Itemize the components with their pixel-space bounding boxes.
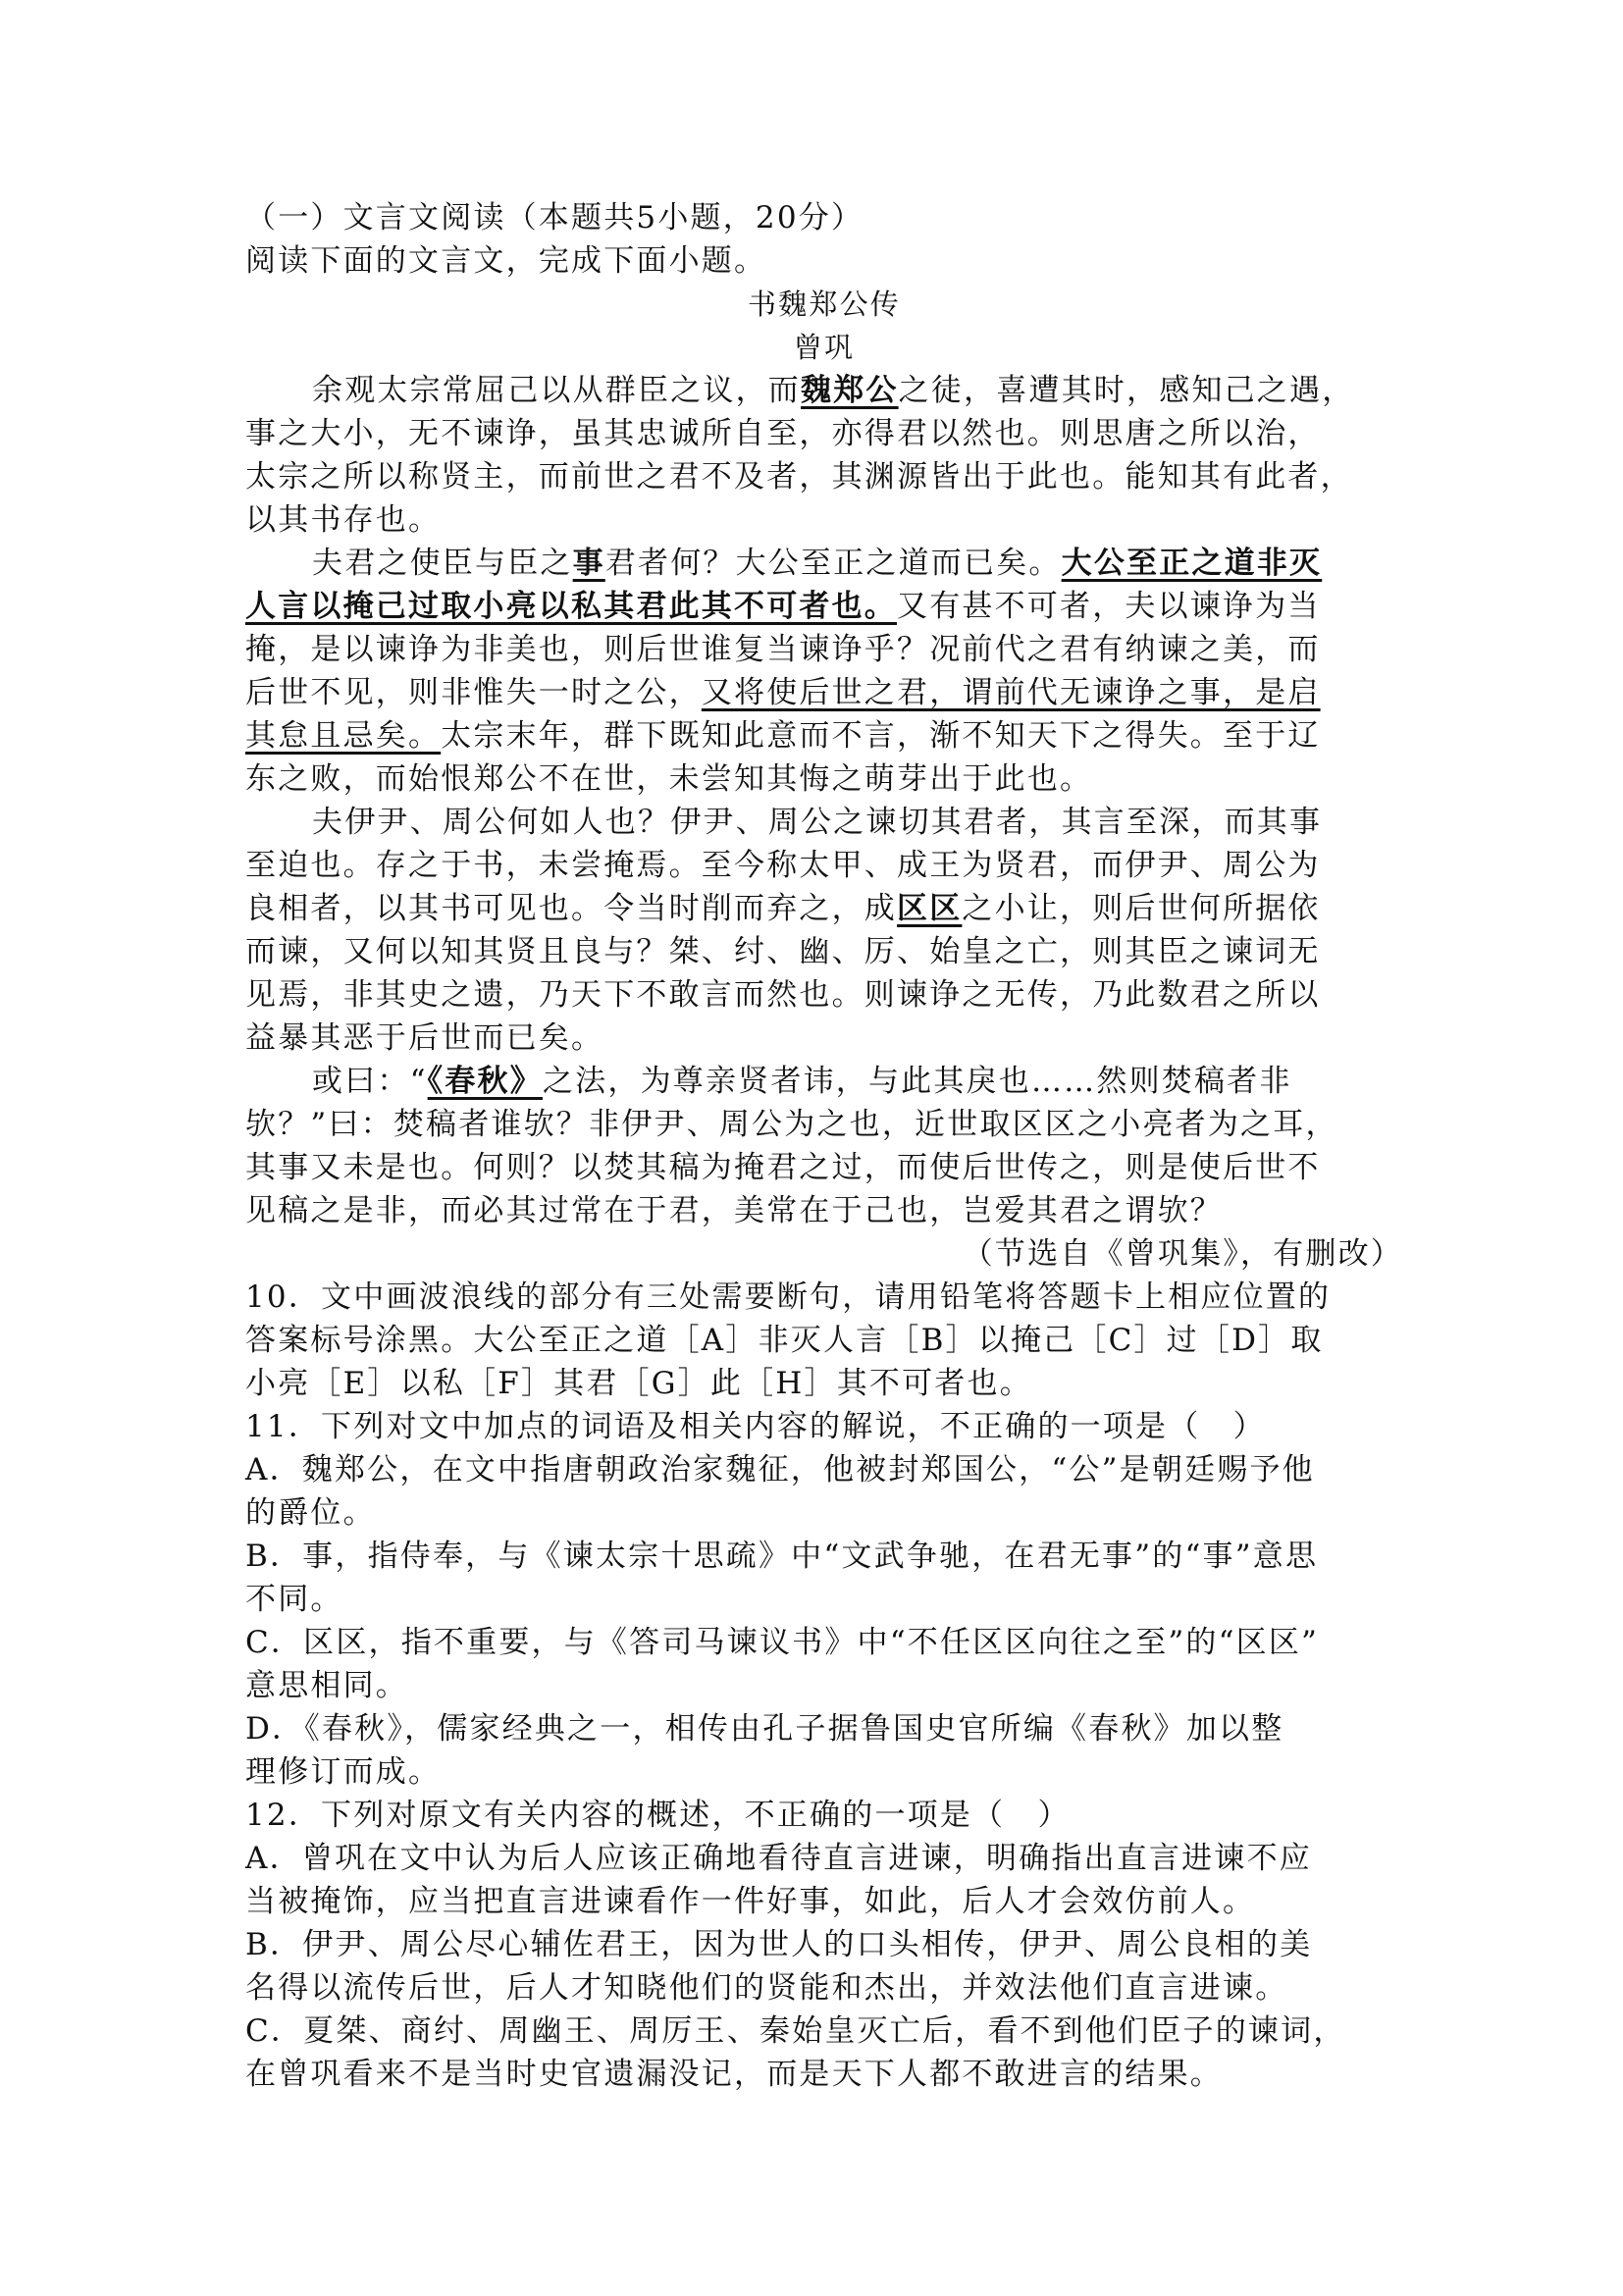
q11-option-d-cont: 理修订而成。 [245,1750,1403,1794]
question-12-stem: 12．下列对原文有关内容的概述，不正确的一项是（ ） [245,1794,1403,1837]
underlined-sentence: 其怠且忌矣。 [245,718,441,754]
question-11-stem: 11．下列对文中加点的词语及相关内容的解说，不正确的一项是（ ） [245,1405,1403,1448]
underlined-sentence: 又将使后世之君，谓前代无谏诤之事，是启 [702,675,1321,710]
dotted-term-shi: 事 [573,546,605,581]
passage-line: 后世不见，则非惟失一时之公，又将使后世之君，谓前代无谏诤之事，是启 [245,671,1403,714]
dotted-term-ququ: 区区 [897,891,962,926]
passage-line: 太宗之所以称贤主，而前世之君不及者，其渊源皆出于此也。能知其有此者， [245,455,1403,498]
passage-line: 见焉，非其史之遗，乃天下不敢言而然也。则谏诤之无传，乃此数君之所以 [245,973,1403,1017]
dotted-term-weizhenggong: 魏郑公 [801,373,899,408]
dotted-term-chunqiu: 《春秋》 [428,1064,543,1099]
question-10-line: 答案标号涂黑。大公至正之道［A］非灭人言［B］以掩己［C］过［D］取 [245,1319,1403,1362]
passage-line: 欤？”曰：焚稿者谁欤？非伊尹、周公为之也，近世取区区之小亮者为之耳， [245,1103,1403,1146]
q11-option-c-cont: 意思相同。 [245,1664,1403,1707]
q12-option-a-cont: 当被掩饰，应当把直言进谏看作一件好事，如此，后人才会效仿前人。 [245,1880,1403,1923]
q12-option-b-cont: 名得以流传后世，后人才知晓他们的贤能和杰出，并效法他们直言进谏。 [245,1966,1403,2009]
section-heading: （一）文言文阅读（本题共5小题，20分） [245,196,1403,239]
q11-option-a-cont: 的爵位。 [245,1491,1403,1535]
passage-line: 良相者，以其书可见也。令当时削而弃之，成区区之小让，则后世何所据依 [245,887,1403,930]
passage-line: 其事又未是也。何则？以焚其稿为掩君之过，而使后世传之，则是使后世不 [245,1146,1403,1189]
passage-line: 以其书存也。 [245,498,1403,542]
instruction: 阅读下面的文言文，完成下面小题。 [245,239,1403,283]
passage-line: 益暴其恶于后世而已矣。 [245,1017,1403,1060]
q11-option-a: A．魏郑公，在文中指唐朝政治家魏征，他被封郑国公，“公”是朝廷赐予他 [245,1448,1403,1491]
passage-line: 或曰：“《春秋》之法，为尊亲贤者讳，与此其戾也……然则焚稿者非 [245,1060,1403,1103]
q12-option-c-cont: 在曾巩看来不是当时史官遗漏没记，而是天下人都不敢进言的结果。 [245,2053,1403,2096]
q11-option-b-cont: 不同。 [245,1578,1403,1621]
q11-option-c: C．区区，指不重要，与《答司马谏议书》中“不任区区向往之至”的“区区” [245,1621,1403,1664]
q12-option-a: A．曾巩在文中认为后人应该正确地看待直言进谏，明确指出直言进谏不应 [245,1837,1403,1880]
question-10-line: 10．文中画波浪线的部分有三处需要断句，请用铅笔将答题卡上相应位置的 [245,1276,1403,1319]
passage-line: 东之败，而始恨郑公不在世，未尝知其悔之萌芽出于此也。 [245,757,1403,801]
passage-line: 夫君之使臣与臣之事君者何？大公至正之道而已矣。大公至正之道非灭 [245,542,1403,585]
q12-option-c: C．夏桀、商纣、周幽王、周厉王、秦始皇灭亡后，看不到他们臣子的谏词， [245,2009,1403,2053]
passage-line: 而谏，又何以知其贤且良与？桀、纣、幽、厉、始皇之亡，则其臣之谏词无 [245,930,1403,973]
q12-option-b: B．伊尹、周公尽心辅佐君王，因为世人的口头相传，伊尹、周公良相的美 [245,1923,1403,1966]
passage-author: 曾巩 [245,326,1403,369]
passage-source: （节选自《曾巩集》，有删改） [245,1232,1403,1276]
wavy-underline-segment: 大公至正之道非灭 [1062,546,1323,581]
q11-option-d: D．《春秋》，儒家经典之一，相传由孔子据鲁国史官所编《春秋》加以整 [245,1707,1403,1750]
passage-line: 见稿之是非，而必其过常在于君，美常在于己也，岂爱其君之谓欤？ [245,1189,1403,1232]
passage-line: 事之大小，无不谏诤，虽其忠诚所自至，亦得君以然也。则思唐之所以治， [245,412,1403,455]
wavy-underline-segment: 人言以掩己过取小亮以私其君此其不可者也。 [245,589,897,624]
q11-option-b: B．事，指侍奉，与《谏太宗十思疏》中“文武争驰，在君无事”的“事”意思 [245,1535,1403,1578]
exam-page: （一）文言文阅读（本题共5小题，20分） 阅读下面的文言文，完成下面小题。 书魏… [245,196,1403,2096]
passage-line: 人言以掩己过取小亮以私其君此其不可者也。又有甚不可者，夫以谏诤为当 [245,585,1403,628]
passage-line: 夫伊尹、周公何如人也？伊尹、周公之谏切其君者，其言至深，而其事 [245,801,1403,844]
passage-title: 书魏郑公传 [245,283,1403,326]
passage-line: 至迫也。存之于书，未尝掩焉。至今称太甲、成王为贤君，而伊尹、周公为 [245,844,1403,887]
question-10-line: 小亮［E］以私［F］其君［G］此［H］其不可者也。 [245,1362,1403,1405]
passage-line: 余观太宗常屈己以从群臣之议，而魏郑公之徒，喜遭其时，感知己之遇， [245,369,1403,412]
passage-line: 其怠且忌矣。太宗末年，群下既知此意而不言，渐不知天下之得失。至于辽 [245,714,1403,757]
passage-line: 掩，是以谏诤为非美也，则后世谁复当谏诤乎？况前代之君有纳谏之美，而 [245,628,1403,671]
